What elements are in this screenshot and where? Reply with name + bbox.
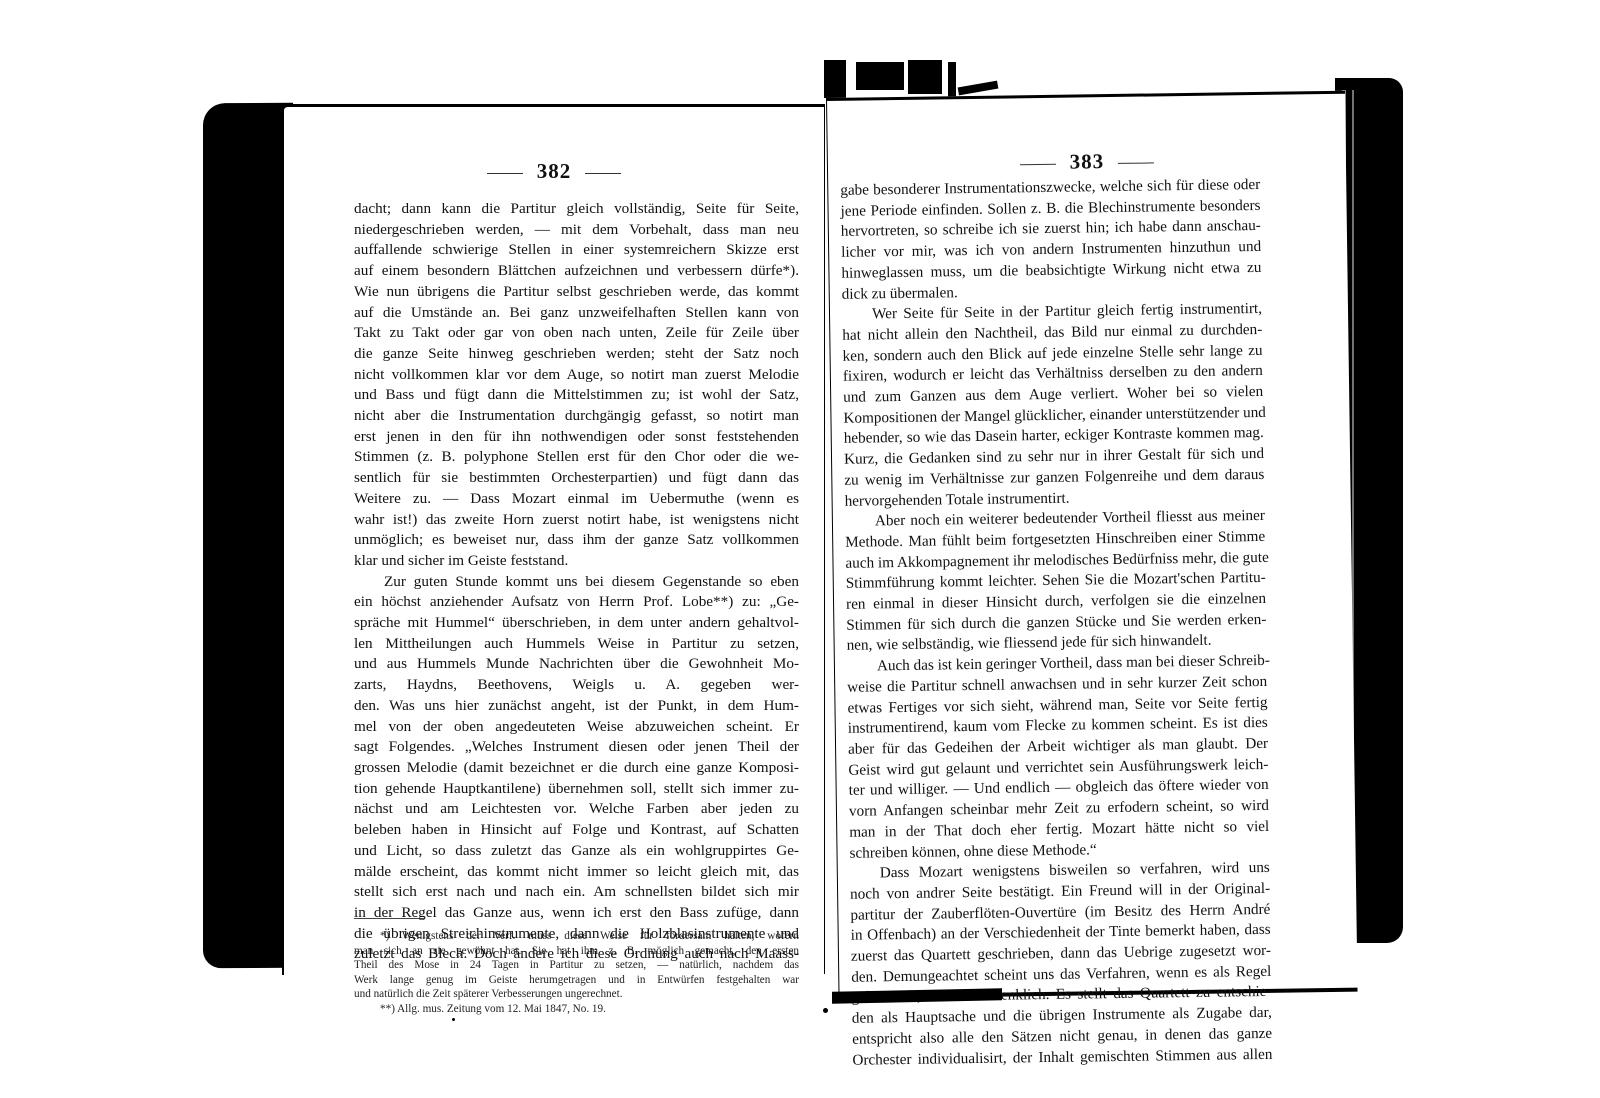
text-line: Takt zu Takt oder gar von oben nach unte… — [354, 323, 799, 344]
text-line: ein höchst anziehender Aufsatz von Herrn… — [354, 592, 799, 613]
text-line: auffallende schwierige Stellen in einer … — [354, 240, 799, 261]
left-page: 382 dacht; dann kann die Partitur gleich… — [282, 104, 824, 975]
ornament-dash — [585, 173, 621, 174]
text-line: zarts, Haydns, Beethovens, Weigls u. A. … — [354, 675, 799, 696]
ornament-dash — [487, 173, 523, 174]
page-number-right: 383 — [828, 146, 1346, 178]
text-line: Zur guten Stunde kommt uns bei diesem Ge… — [354, 572, 799, 593]
footnote-line: man sich an sie gewöhnt hat. Sie hat ihm… — [354, 944, 799, 959]
scanner-clip — [856, 62, 904, 90]
ornament-dash — [1118, 162, 1154, 164]
text-line: nicht aber die Instrumentation durchgäng… — [354, 406, 799, 427]
text-line: niedergeschrieben werden, — mit dem Vorb… — [354, 220, 799, 241]
text-line: mel von der oben angedeuteten Weise abzu… — [354, 717, 799, 738]
text-line: wahr ist!) das zweite Horn zuerst notirt… — [354, 510, 799, 531]
right-page-body: gabe besonderer Instrumentationszwecke, … — [840, 175, 1272, 1071]
page-number-text: 383 — [1069, 149, 1104, 173]
footnote-line: Werk lange genug im Geiste herumgetragen… — [354, 973, 799, 988]
footnote-rule — [354, 918, 424, 919]
text-line: sentlich für sie bestimmten Orchesterpar… — [354, 468, 799, 489]
scanner-clip — [958, 81, 999, 96]
text-line: unmöglich; es beweiset nur, dass ihm der… — [354, 530, 799, 551]
footnote-line: und natürlich die Zeit späterer Verbesse… — [354, 987, 799, 1002]
text-line: beleben haben in Hinsicht auf Folge und … — [354, 820, 799, 841]
scan-speck — [823, 1008, 828, 1013]
left-page-body: dacht; dann kann die Partitur gleich vol… — [354, 199, 799, 965]
text-line: Stimmen (z. B. polyphone Stellen erst fü… — [354, 447, 799, 468]
text-line: mälde erscheint, das kommt nicht immer s… — [354, 862, 799, 883]
text-line: erst jenen in den für ihn nothwendigen o… — [354, 427, 799, 448]
left-page-footnotes: *) Wenigstens der Verf. muss diese Weise… — [354, 929, 799, 1017]
text-line: und Licht, so dass zuletzt das Ganze als… — [354, 841, 799, 862]
text-line: Weitere zu. — Dass Mozart einmal im Uebe… — [354, 489, 799, 510]
footnote-line: **) Allg. mus. Zeitung vom 12. Mai 1847,… — [354, 1002, 799, 1017]
text-line: grossen Melodie (damit bezeichnet er die… — [354, 758, 799, 779]
text-line: spräche mit Hummel“ überschrieben, in de… — [354, 613, 799, 634]
scanner-clip — [824, 60, 846, 98]
text-line: auf die Umstände an. Bei ganz unzweifelh… — [354, 303, 799, 324]
text-line: nächst und am Leichtesten vor. Welche Fa… — [354, 799, 799, 820]
text-line: nicht vollkommen klar vor dem Auge, so n… — [354, 365, 799, 386]
text-line: klar und sicher im Geiste feststand. — [354, 551, 799, 572]
text-line: in der Regel das Ganze aus, wenn ich ers… — [354, 903, 799, 924]
text-line: und Bass und fügt dann die Mittelstimmen… — [354, 385, 799, 406]
right-page: 383 gabe besonderer Instrumentationszwec… — [826, 91, 1358, 999]
footnote-line: Theil des Mose in 24 Tagen in Partitur z… — [354, 958, 799, 973]
text-line: tion gehende Hauptkantilene) übernehmen … — [354, 779, 799, 800]
page-number-left: 382 — [284, 159, 824, 184]
text-line: auf einem besondern Blättchen aufzeichne… — [354, 261, 799, 282]
ornament-dash — [1020, 163, 1056, 165]
text-line: sagt Folgendes. „Welches Instrument dies… — [354, 737, 799, 758]
page-number-text: 382 — [537, 159, 572, 183]
text-line: und aus Hummels Munde Nachrichten über d… — [354, 654, 799, 675]
text-line: die ganze Seite hinweg geschrieben werde… — [354, 344, 799, 365]
scanner-clip — [908, 60, 942, 94]
book-cover-left — [203, 103, 293, 968]
scan-speck — [452, 1018, 455, 1021]
text-line: dacht; dann kann die Partitur gleich vol… — [354, 199, 799, 220]
text-line: Wie nun übrigens die Partitur selbst ges… — [354, 282, 799, 303]
text-line: len Mittheilungen auch Hummels Weise in … — [354, 634, 799, 655]
text-line: den. Was uns hier zunächst angeht, ist d… — [354, 696, 799, 717]
footnote-line: *) Wenigstens der Verf. muss diese Weise… — [354, 929, 799, 944]
text-line: stellt sich erst nach und nach ein. Am s… — [354, 882, 799, 903]
